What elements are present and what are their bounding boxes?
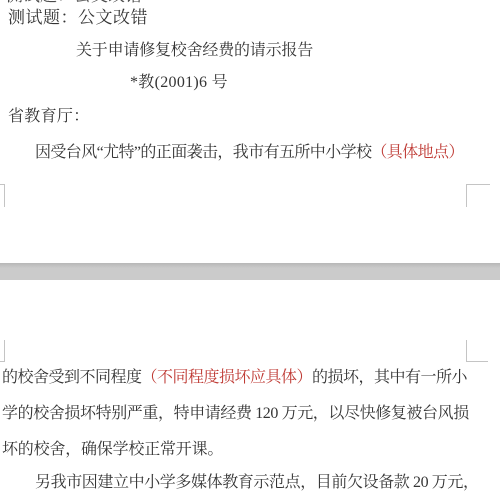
crop-mark-page1-bottom-right-h — [466, 184, 490, 185]
crop-mark-page2-top-right — [466, 340, 467, 362]
red-annotation-2: （不同程度损坏应具体） — [142, 369, 313, 386]
salutation: 省教育厅： — [8, 108, 90, 126]
clipped-text-remnant: 测试题：公文改错 — [6, 0, 226, 5]
paragraph-1: 因受台风“尤特”的正面袭击，我市有五所中小学校（具体地点） — [35, 144, 464, 162]
paragraph-1-text: 因受台风“尤特”的正面袭击，我市有五所中小学校 — [35, 144, 371, 161]
crop-mark-page2-top-left-h — [0, 361, 4, 362]
body-line-1-pre: 的校舍受到不同程度 — [2, 369, 142, 386]
document-title: 关于申请修复校舍经费的请示报告 — [76, 42, 313, 60]
paragraph-3: 另我市因建立中小学多媒体教育示范点，目前欠设备款 20 万元， — [35, 474, 479, 492]
crop-mark-page1-bottom-right — [466, 184, 467, 207]
crop-mark-page2-top-right-h — [466, 361, 488, 362]
page-1-surface[interactable] — [0, 0, 500, 263]
red-annotation-1: （具体地点） — [371, 144, 463, 161]
crop-mark-page1-bottom-left-h — [0, 184, 4, 185]
crop-mark-page1-bottom-left — [4, 184, 5, 207]
document-view: 测试题：公文改错 测试题：公文改错 关于申请修复校舍经费的请示报告 *教(200… — [0, 0, 500, 493]
body-line-3: 坏的校舍，确保学校正常开课。 — [2, 441, 223, 459]
page-break-band — [0, 263, 500, 280]
body-line-1-post: 的损坏，其中有一所小 — [312, 369, 467, 386]
body-line-1: 的校舍受到不同程度（不同程度损坏应具体）的损坏，其中有一所小 — [2, 369, 467, 387]
clipped-text: 测试题：公文改错 — [6, 0, 226, 4]
test-label: 测试题：公文改错 — [8, 9, 148, 27]
body-line-2: 学的校舍损坏特别严重，特申请经费 120 万元，以尽快修复被台风损 — [2, 405, 469, 423]
crop-mark-page2-top-left — [4, 340, 5, 362]
document-number: *教(2001)6 号 — [130, 74, 228, 92]
